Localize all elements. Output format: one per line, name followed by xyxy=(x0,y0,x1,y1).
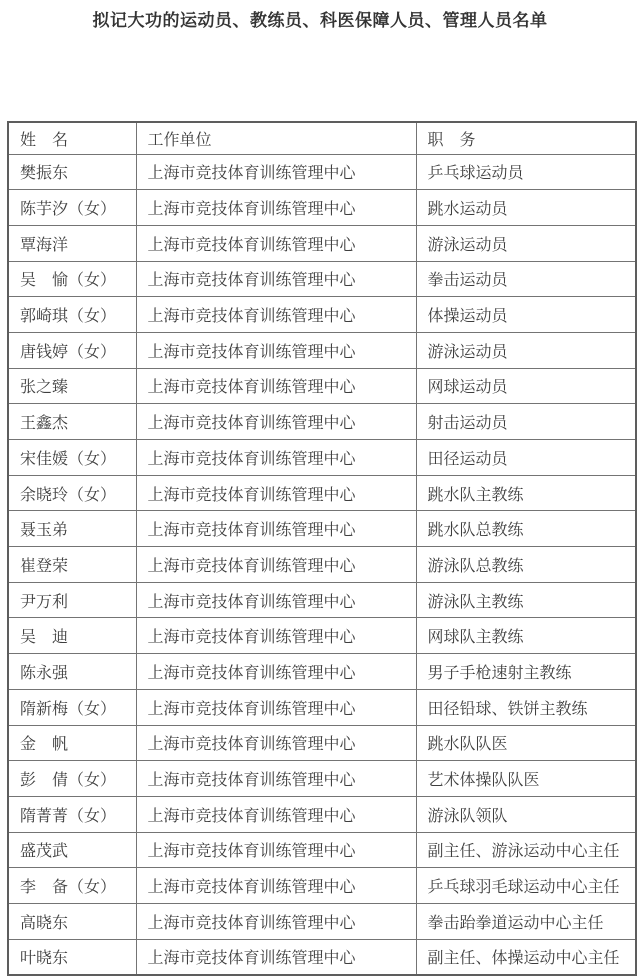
table-header-row: 姓 名 工作单位 职 务 xyxy=(8,122,636,154)
unit-cell: 上海市竞技体育训练管理中心 xyxy=(136,511,416,547)
name-cell: 隋新梅（女） xyxy=(8,689,136,725)
name-cell: 陈芋汐（女） xyxy=(8,190,136,226)
table-row: 覃海洋 上海市竞技体育训练管理中心 游泳运动员 xyxy=(8,225,636,261)
unit-cell: 上海市竞技体育训练管理中心 xyxy=(136,440,416,476)
position-cell: 跳水队总教练 xyxy=(416,511,636,547)
unit-cell: 上海市竞技体育训练管理中心 xyxy=(136,689,416,725)
name-cell: 王鑫杰 xyxy=(8,404,136,440)
name-cell: 彭 倩（女） xyxy=(8,761,136,797)
position-cell: 射击运动员 xyxy=(416,404,636,440)
name-cell: 张之臻 xyxy=(8,368,136,404)
column-header-position: 职 务 xyxy=(416,122,636,154)
table-row: 余晓玲（女） 上海市竞技体育训练管理中心 跳水队主教练 xyxy=(8,475,636,511)
name-cell: 盛茂武 xyxy=(8,832,136,868)
position-cell: 游泳运动员 xyxy=(416,332,636,368)
name-cell: 覃海洋 xyxy=(8,225,136,261)
unit-cell: 上海市竞技体育训练管理中心 xyxy=(136,939,416,975)
unit-cell: 上海市竞技体育训练管理中心 xyxy=(136,618,416,654)
unit-cell: 上海市竞技体育训练管理中心 xyxy=(136,404,416,440)
document-page: 拟记大功的运动员、教练员、科医保障人员、管理人员名单 姓 名 工作单位 职 务 … xyxy=(0,0,640,976)
position-cell: 田径运动员 xyxy=(416,440,636,476)
position-cell: 游泳队主教练 xyxy=(416,582,636,618)
unit-cell: 上海市竞技体育训练管理中心 xyxy=(136,654,416,690)
table-row: 盛茂武 上海市竞技体育训练管理中心 副主任、游泳运动中心主任 xyxy=(8,832,636,868)
name-cell: 余晓玲（女） xyxy=(8,475,136,511)
column-header-name: 姓 名 xyxy=(8,122,136,154)
table-row: 陈永强 上海市竞技体育训练管理中心 男子手枪速射主教练 xyxy=(8,654,636,690)
personnel-table: 姓 名 工作单位 职 务 樊振东 上海市竞技体育训练管理中心 乒乓球运动员 陈芋… xyxy=(7,121,637,976)
name-cell: 陈永强 xyxy=(8,654,136,690)
unit-cell: 上海市竞技体育训练管理中心 xyxy=(136,832,416,868)
table-row: 张之臻 上海市竞技体育训练管理中心 网球运动员 xyxy=(8,368,636,404)
table-row: 吴 愉（女） 上海市竞技体育训练管理中心 拳击运动员 xyxy=(8,261,636,297)
table-row: 高晓东 上海市竞技体育训练管理中心 拳击跆拳道运动中心主任 xyxy=(8,903,636,939)
table-row: 唐钱婷（女） 上海市竞技体育训练管理中心 游泳运动员 xyxy=(8,332,636,368)
unit-cell: 上海市竞技体育训练管理中心 xyxy=(136,154,416,190)
name-cell: 樊振东 xyxy=(8,154,136,190)
unit-cell: 上海市竞技体育训练管理中心 xyxy=(136,475,416,511)
name-cell: 吴 迪 xyxy=(8,618,136,654)
table-row: 彭 倩（女） 上海市竞技体育训练管理中心 艺术体操队队医 xyxy=(8,761,636,797)
position-cell: 男子手枪速射主教练 xyxy=(416,654,636,690)
table-row: 聂玉弟 上海市竞技体育训练管理中心 跳水队总教练 xyxy=(8,511,636,547)
position-cell: 乒乓球运动员 xyxy=(416,154,636,190)
table-row: 王鑫杰 上海市竞技体育训练管理中心 射击运动员 xyxy=(8,404,636,440)
table-row: 金 帆 上海市竞技体育训练管理中心 跳水队队医 xyxy=(8,725,636,761)
position-cell: 拳击跆拳道运动中心主任 xyxy=(416,903,636,939)
unit-cell: 上海市竞技体育训练管理中心 xyxy=(136,868,416,904)
name-cell: 唐钱婷（女） xyxy=(8,332,136,368)
name-cell: 吴 愉（女） xyxy=(8,261,136,297)
table-row: 陈芋汐（女） 上海市竞技体育训练管理中心 跳水运动员 xyxy=(8,190,636,226)
position-cell: 副主任、体操运动中心主任 xyxy=(416,939,636,975)
position-cell: 体操运动员 xyxy=(416,297,636,333)
name-cell: 宋佳媛（女） xyxy=(8,440,136,476)
position-cell: 跳水队队医 xyxy=(416,725,636,761)
table-row: 李 备（女） 上海市竞技体育训练管理中心 乒乓球羽毛球运动中心主任 xyxy=(8,868,636,904)
position-cell: 乒乓球羽毛球运动中心主任 xyxy=(416,868,636,904)
unit-cell: 上海市竞技体育训练管理中心 xyxy=(136,796,416,832)
name-cell: 叶晓东 xyxy=(8,939,136,975)
name-cell: 聂玉弟 xyxy=(8,511,136,547)
name-cell: 隋菁菁（女） xyxy=(8,796,136,832)
table-row: 隋菁菁（女） 上海市竞技体育训练管理中心 游泳队领队 xyxy=(8,796,636,832)
table-row: 尹万利 上海市竞技体育训练管理中心 游泳队主教练 xyxy=(8,582,636,618)
name-cell: 尹万利 xyxy=(8,582,136,618)
unit-cell: 上海市竞技体育训练管理中心 xyxy=(136,761,416,797)
position-cell: 网球队主教练 xyxy=(416,618,636,654)
position-cell: 游泳运动员 xyxy=(416,225,636,261)
position-cell: 跳水队主教练 xyxy=(416,475,636,511)
unit-cell: 上海市竞技体育训练管理中心 xyxy=(136,582,416,618)
name-cell: 郭崎琪（女） xyxy=(8,297,136,333)
position-cell: 跳水运动员 xyxy=(416,190,636,226)
unit-cell: 上海市竞技体育训练管理中心 xyxy=(136,903,416,939)
position-cell: 拳击运动员 xyxy=(416,261,636,297)
document-title: 拟记大功的运动员、教练员、科医保障人员、管理人员名单 xyxy=(0,10,640,32)
table-row: 吴 迪 上海市竞技体育训练管理中心 网球队主教练 xyxy=(8,618,636,654)
table-row: 叶晓东 上海市竞技体育训练管理中心 副主任、体操运动中心主任 xyxy=(8,939,636,975)
unit-cell: 上海市竞技体育训练管理中心 xyxy=(136,261,416,297)
unit-cell: 上海市竞技体育训练管理中心 xyxy=(136,547,416,583)
position-cell: 游泳队领队 xyxy=(416,796,636,832)
table-row: 郭崎琪（女） 上海市竞技体育训练管理中心 体操运动员 xyxy=(8,297,636,333)
table-row: 崔登荣 上海市竞技体育训练管理中心 游泳队总教练 xyxy=(8,547,636,583)
position-cell: 网球运动员 xyxy=(416,368,636,404)
position-cell: 艺术体操队队医 xyxy=(416,761,636,797)
unit-cell: 上海市竞技体育训练管理中心 xyxy=(136,368,416,404)
unit-cell: 上海市竞技体育训练管理中心 xyxy=(136,297,416,333)
name-cell: 高晓东 xyxy=(8,903,136,939)
unit-cell: 上海市竞技体育训练管理中心 xyxy=(136,190,416,226)
name-cell: 李 备（女） xyxy=(8,868,136,904)
position-cell: 副主任、游泳运动中心主任 xyxy=(416,832,636,868)
unit-cell: 上海市竞技体育训练管理中心 xyxy=(136,225,416,261)
column-header-unit: 工作单位 xyxy=(136,122,416,154)
position-cell: 田径铅球、铁饼主教练 xyxy=(416,689,636,725)
name-cell: 金 帆 xyxy=(8,725,136,761)
table-row: 樊振东 上海市竞技体育训练管理中心 乒乓球运动员 xyxy=(8,154,636,190)
table-row: 宋佳媛（女） 上海市竞技体育训练管理中心 田径运动员 xyxy=(8,440,636,476)
unit-cell: 上海市竞技体育训练管理中心 xyxy=(136,332,416,368)
table-row: 隋新梅（女） 上海市竞技体育训练管理中心 田径铅球、铁饼主教练 xyxy=(8,689,636,725)
name-cell: 崔登荣 xyxy=(8,547,136,583)
unit-cell: 上海市竞技体育训练管理中心 xyxy=(136,725,416,761)
position-cell: 游泳队总教练 xyxy=(416,547,636,583)
